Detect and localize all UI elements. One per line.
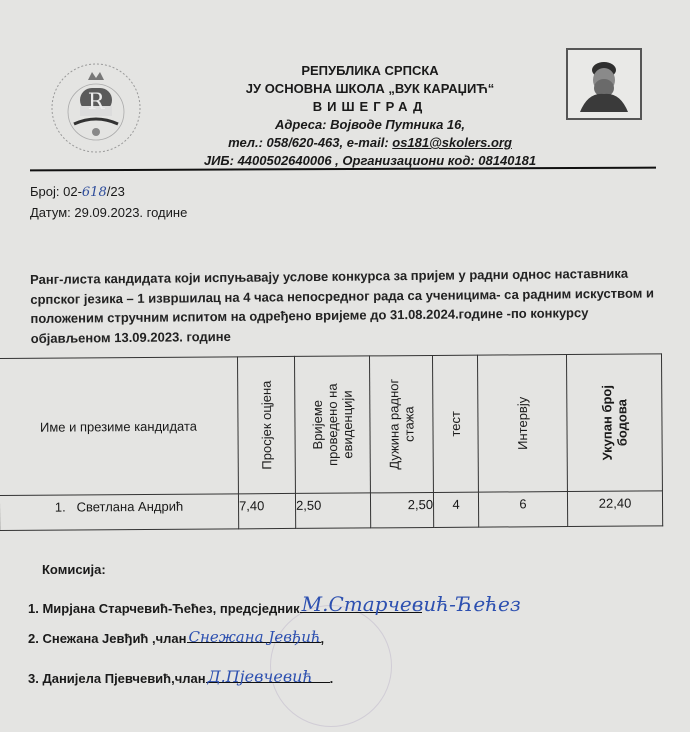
city-name: ВИШЕГРАД	[190, 98, 550, 116]
rank-list-table: Име и презиме кандидата Просјек оцјена В…	[0, 353, 663, 531]
commission-member-2: 2. Снежана Јевђић ,чланСнежана Јевђић,	[28, 628, 324, 646]
commission-member-1: 1. Мирјана Старчевић-Ћећез, предсједникM…	[28, 598, 422, 616]
header-divider	[30, 167, 656, 172]
signature-line: Д.Пјевчевић	[206, 668, 330, 683]
contact-line: тел.: 058/620-463, e-mail: os181@skolers…	[190, 134, 550, 152]
table-header-row: Име и презиме кандидата Просјек оцјена В…	[0, 354, 662, 496]
signature: Снежана Јевђић	[189, 628, 321, 646]
member-label: 2. Снежана Јевђић ,члан	[28, 631, 187, 646]
svg-text:R: R	[88, 90, 106, 115]
phone-text: тел.: 058/620-463, e-mail:	[228, 135, 392, 150]
header-candidate-name: Име и презиме кандидата	[0, 357, 238, 496]
interview-cell: 6	[478, 492, 567, 528]
signature-line: M.Старчевић-Ћећез	[300, 598, 422, 613]
signature-line: Снежана Јевђић	[187, 628, 321, 643]
email-link[interactable]: os181@skolers.org	[392, 135, 512, 150]
signature: M.Старчевић-Ћећез	[302, 592, 521, 616]
header-interview: Интервју	[477, 355, 567, 493]
number-prefix: Број: 02-	[30, 184, 82, 199]
table-row: 1. Светлана Андрић 7,40 2,50 2,50 4 6 22…	[0, 491, 663, 531]
handwritten-number: 618	[82, 185, 107, 200]
portrait-image-icon	[566, 48, 642, 120]
test-cell: 4	[433, 492, 478, 527]
reference-number: Број: 02-618/23	[30, 182, 187, 203]
republic-name: РЕПУБЛИКА СРПСКА	[190, 62, 550, 80]
signature: Д.Пјевчевић	[208, 667, 313, 686]
time-registered-cell: 2,50	[295, 493, 370, 529]
header-total-points: Укупан број бодова	[566, 354, 662, 492]
member-label: 1. Мирјана Старчевић-Ћећез, предсједник	[28, 601, 300, 616]
average-cell: 7,40	[238, 493, 295, 528]
work-experience-cell: 2,50	[370, 492, 433, 527]
header-average: Просјек оцјена	[237, 356, 295, 493]
total-points-cell: 22,40	[567, 491, 662, 527]
reference-date: Датум: 29.09.2023. године	[30, 203, 187, 223]
commission-title: Комисија:	[42, 562, 106, 577]
letterhead: РЕПУБЛИКА СРПСКА ЈУ ОСНОВНА ШКОЛА „ВУК К…	[190, 62, 550, 170]
commission-member-3: 3. Данијела Пјевчевић,чланД.Пјевчевић.	[28, 668, 333, 686]
header-test: тест	[432, 355, 478, 492]
header-time-registered: Вријеме проведено на евиденцији	[294, 356, 370, 494]
coat-of-arms-logo-icon: R	[48, 60, 144, 156]
candidate-name-cell: 1. Светлана Андрић	[0, 494, 239, 531]
number-suffix: /23	[107, 184, 125, 199]
header-work-experience: Дужина радног стажа	[369, 355, 433, 492]
school-address: Адреса: Војводе Путника 16,	[190, 116, 550, 134]
reference-block: Број: 02-618/23 Датум: 29.09.2023. годин…	[30, 182, 187, 223]
official-stamp-icon	[270, 605, 392, 727]
rank-list-intro: Ранг-листа кандидата који испуњавају усл…	[30, 263, 671, 348]
school-name: ЈУ ОСНОВНА ШКОЛА „ВУК КАРАЏИЋ“	[190, 80, 550, 98]
member-label: 3. Данијела Пјевчевић,члан	[28, 671, 206, 686]
